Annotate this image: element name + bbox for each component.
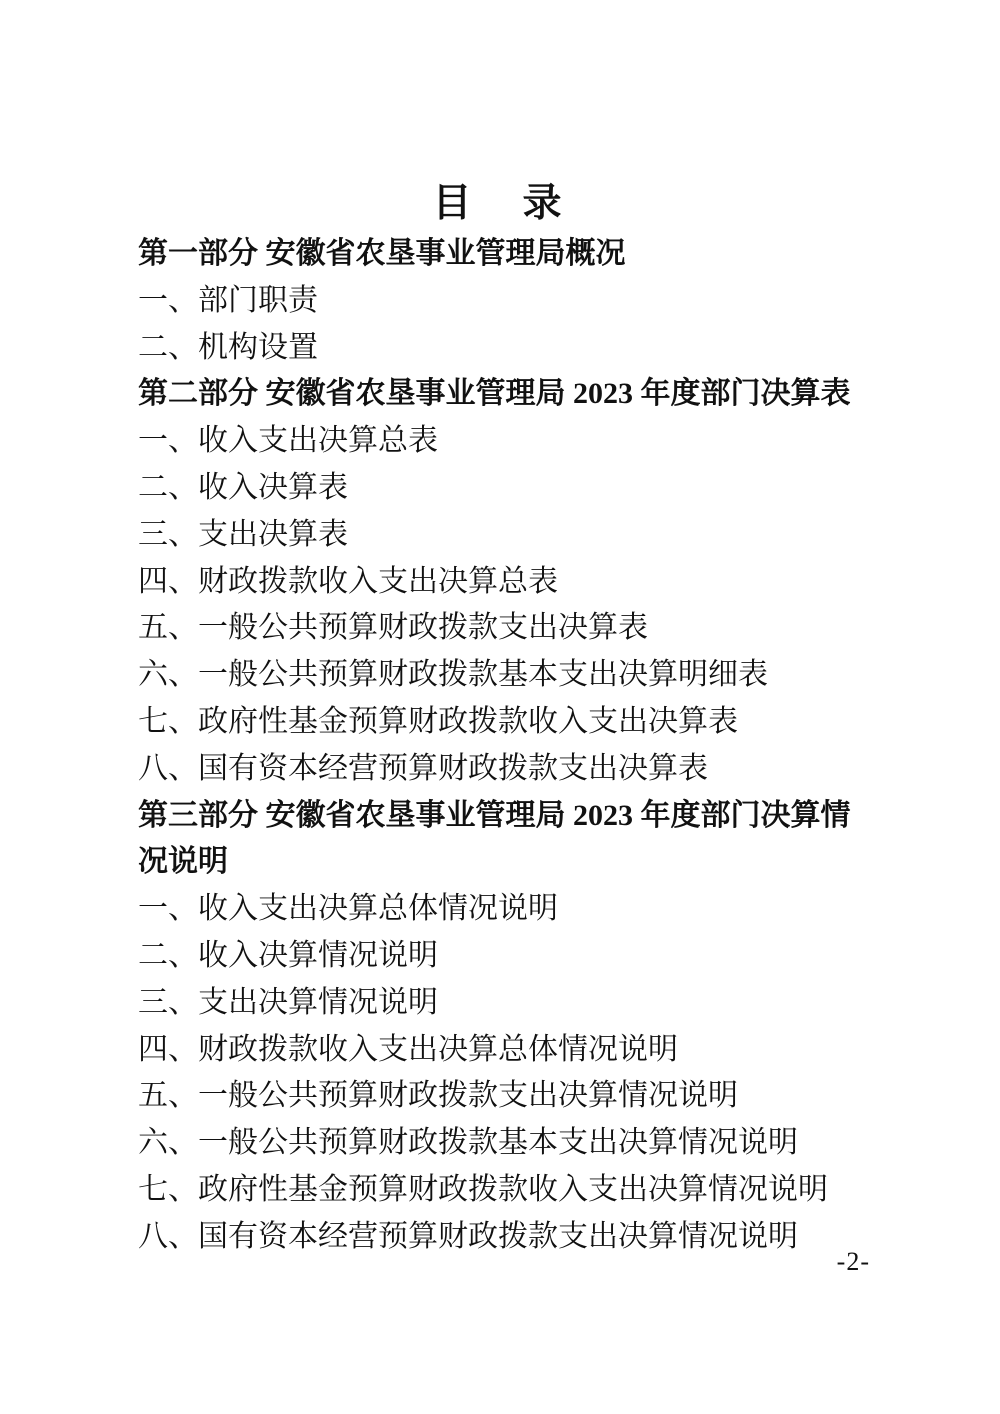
document-page: 目 录 第一部分 安徽省农垦事业管理局概况一、部门职责二、机构设置第二部分 安徽…	[0, 0, 1000, 1414]
toc-entry-section: 第二部分 安徽省农垦事业管理局 2023 年度部门决算表	[138, 371, 898, 418]
toc-entry-item: 五、一般公共预算财政拨款支出决算情况说明	[138, 1073, 898, 1120]
toc-entry-item: 一、收入支出决算总体情况说明	[138, 886, 898, 933]
toc-entry-item: 三、支出决算表	[138, 512, 898, 559]
toc-entry-item: 四、财政拨款收入支出决算总表	[138, 559, 898, 606]
toc-entry-item: 八、国有资本经营预算财政拨款支出决算情况说明	[138, 1214, 898, 1261]
toc-entry-section: 第三部分 安徽省农垦事业管理局 2023 年度部门决算情 况说明	[138, 793, 898, 887]
toc-entry-item: 二、机构设置	[138, 325, 898, 372]
page-number: -2-	[837, 1247, 870, 1277]
toc-entry-item: 七、政府性基金预算财政拨款收入支出决算表	[138, 699, 898, 746]
toc-entry-item: 一、收入支出决算总表	[138, 418, 898, 465]
toc-entry-item: 四、财政拨款收入支出决算总体情况说明	[138, 1027, 898, 1074]
toc-entry-item: 七、政府性基金预算财政拨款收入支出决算情况说明	[138, 1167, 898, 1214]
toc-entry-item: 六、一般公共预算财政拨款基本支出决算明细表	[138, 652, 898, 699]
toc-entry-item: 八、国有资本经营预算财政拨款支出决算表	[138, 746, 898, 793]
toc-entry-item: 三、支出决算情况说明	[138, 980, 898, 1027]
toc-entry-item: 二、收入决算表	[138, 465, 898, 512]
toc-entry-section: 第一部分 安徽省农垦事业管理局概况	[138, 231, 898, 278]
toc-list: 第一部分 安徽省农垦事业管理局概况一、部门职责二、机构设置第二部分 安徽省农垦事…	[138, 231, 898, 1261]
toc-entry-item: 六、一般公共预算财政拨款基本支出决算情况说明	[138, 1120, 898, 1167]
toc-entry-item: 五、一般公共预算财政拨款支出决算表	[138, 605, 898, 652]
toc-entry-item: 二、收入决算情况说明	[138, 933, 898, 980]
page-title: 目 录	[0, 172, 1000, 228]
toc-entry-item: 一、部门职责	[138, 278, 898, 325]
